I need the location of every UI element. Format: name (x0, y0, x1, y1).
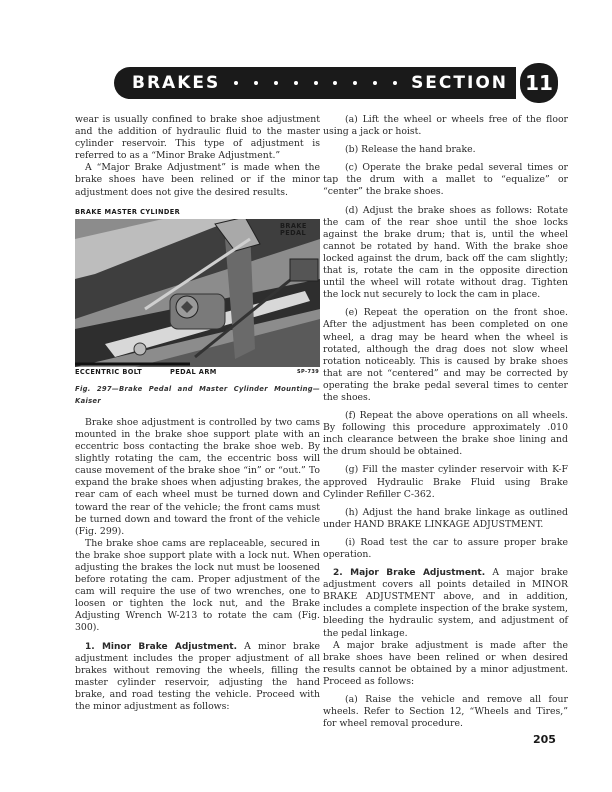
step-i: (i) Road test the car to assure proper b… (323, 537, 568, 561)
label-brake-master-cylinder: BRAKE MASTER CYLINDER (75, 209, 180, 217)
dot (294, 81, 298, 85)
paragraph: The brake shoe cams are replaceable, sec… (75, 538, 320, 635)
dot (234, 81, 238, 85)
label-eccentric-bolt: ECCENTRIC BOLT (75, 369, 142, 377)
label-brake-pedal: BRAKE PEDAL (280, 223, 307, 238)
step-b: (b) Release the hand brake. (323, 144, 568, 156)
brake-pedal-photo (75, 219, 320, 367)
section-header-bar: BRAKES SECTION (114, 67, 516, 99)
photo-id: SP-739 (297, 369, 319, 377)
leader-dots (220, 81, 411, 85)
photo-illustration (75, 219, 320, 367)
dot (353, 81, 357, 85)
dot (373, 81, 377, 85)
minor-adjustment-paragraph: 1. Minor Brake Adjustment. A minor brake… (75, 641, 320, 714)
dot (254, 81, 258, 85)
paragraph: wear is usually confined to brake shoe a… (75, 114, 320, 162)
label-pedal-arm: PEDAL ARM (170, 369, 217, 377)
step-c: (c) Operate the brake pedal several time… (323, 162, 568, 198)
step-f: (f) Repeat the above operations on all w… (323, 410, 568, 458)
minor-adjustment-heading: 1. Minor Brake Adjustment. (85, 642, 237, 652)
dot (274, 81, 278, 85)
paragraph: A major brake adjustment is made after t… (323, 640, 568, 688)
major-step-a: (a) Raise the vehicle and remove all fou… (323, 694, 568, 730)
dot (393, 81, 397, 85)
section-label: SECTION (411, 73, 508, 93)
step-g: (g) Fill the master cylinder reservoir w… (323, 464, 568, 500)
major-adjustment-paragraph: 2. Major Brake Adjustment. A major brake… (323, 567, 568, 640)
step-e: (e) Repeat the operation on the front sh… (323, 307, 568, 404)
step-a: (a) Lift the wheel or wheels free of the… (323, 114, 568, 138)
dot (314, 81, 318, 85)
left-column: wear is usually confined to brake shoe a… (75, 114, 320, 713)
paragraph: A “Major Brake Adjustment” is made when … (75, 162, 320, 198)
step-h: (h) Adjust the hand brake linkage as out… (323, 507, 568, 531)
major-adjustment-heading: 2. Major Brake Adjustment. (333, 568, 485, 578)
page-number: 205 (533, 733, 556, 746)
step-d: (d) Adjust the brake shoes as follows: R… (323, 205, 568, 302)
paragraph: Brake shoe adjustment is controlled by t… (75, 417, 320, 538)
dot (333, 81, 337, 85)
figure-caption: Fig. 297—Brake Pedal and Master Cylinder… (75, 383, 320, 407)
right-column: (a) Lift the wheel or wheels free of the… (323, 114, 568, 730)
figure-297: BRAKE MASTER CYLINDER (75, 209, 320, 377)
section-number-badge: 11 (520, 63, 558, 103)
chapter-title: BRAKES (132, 73, 220, 93)
